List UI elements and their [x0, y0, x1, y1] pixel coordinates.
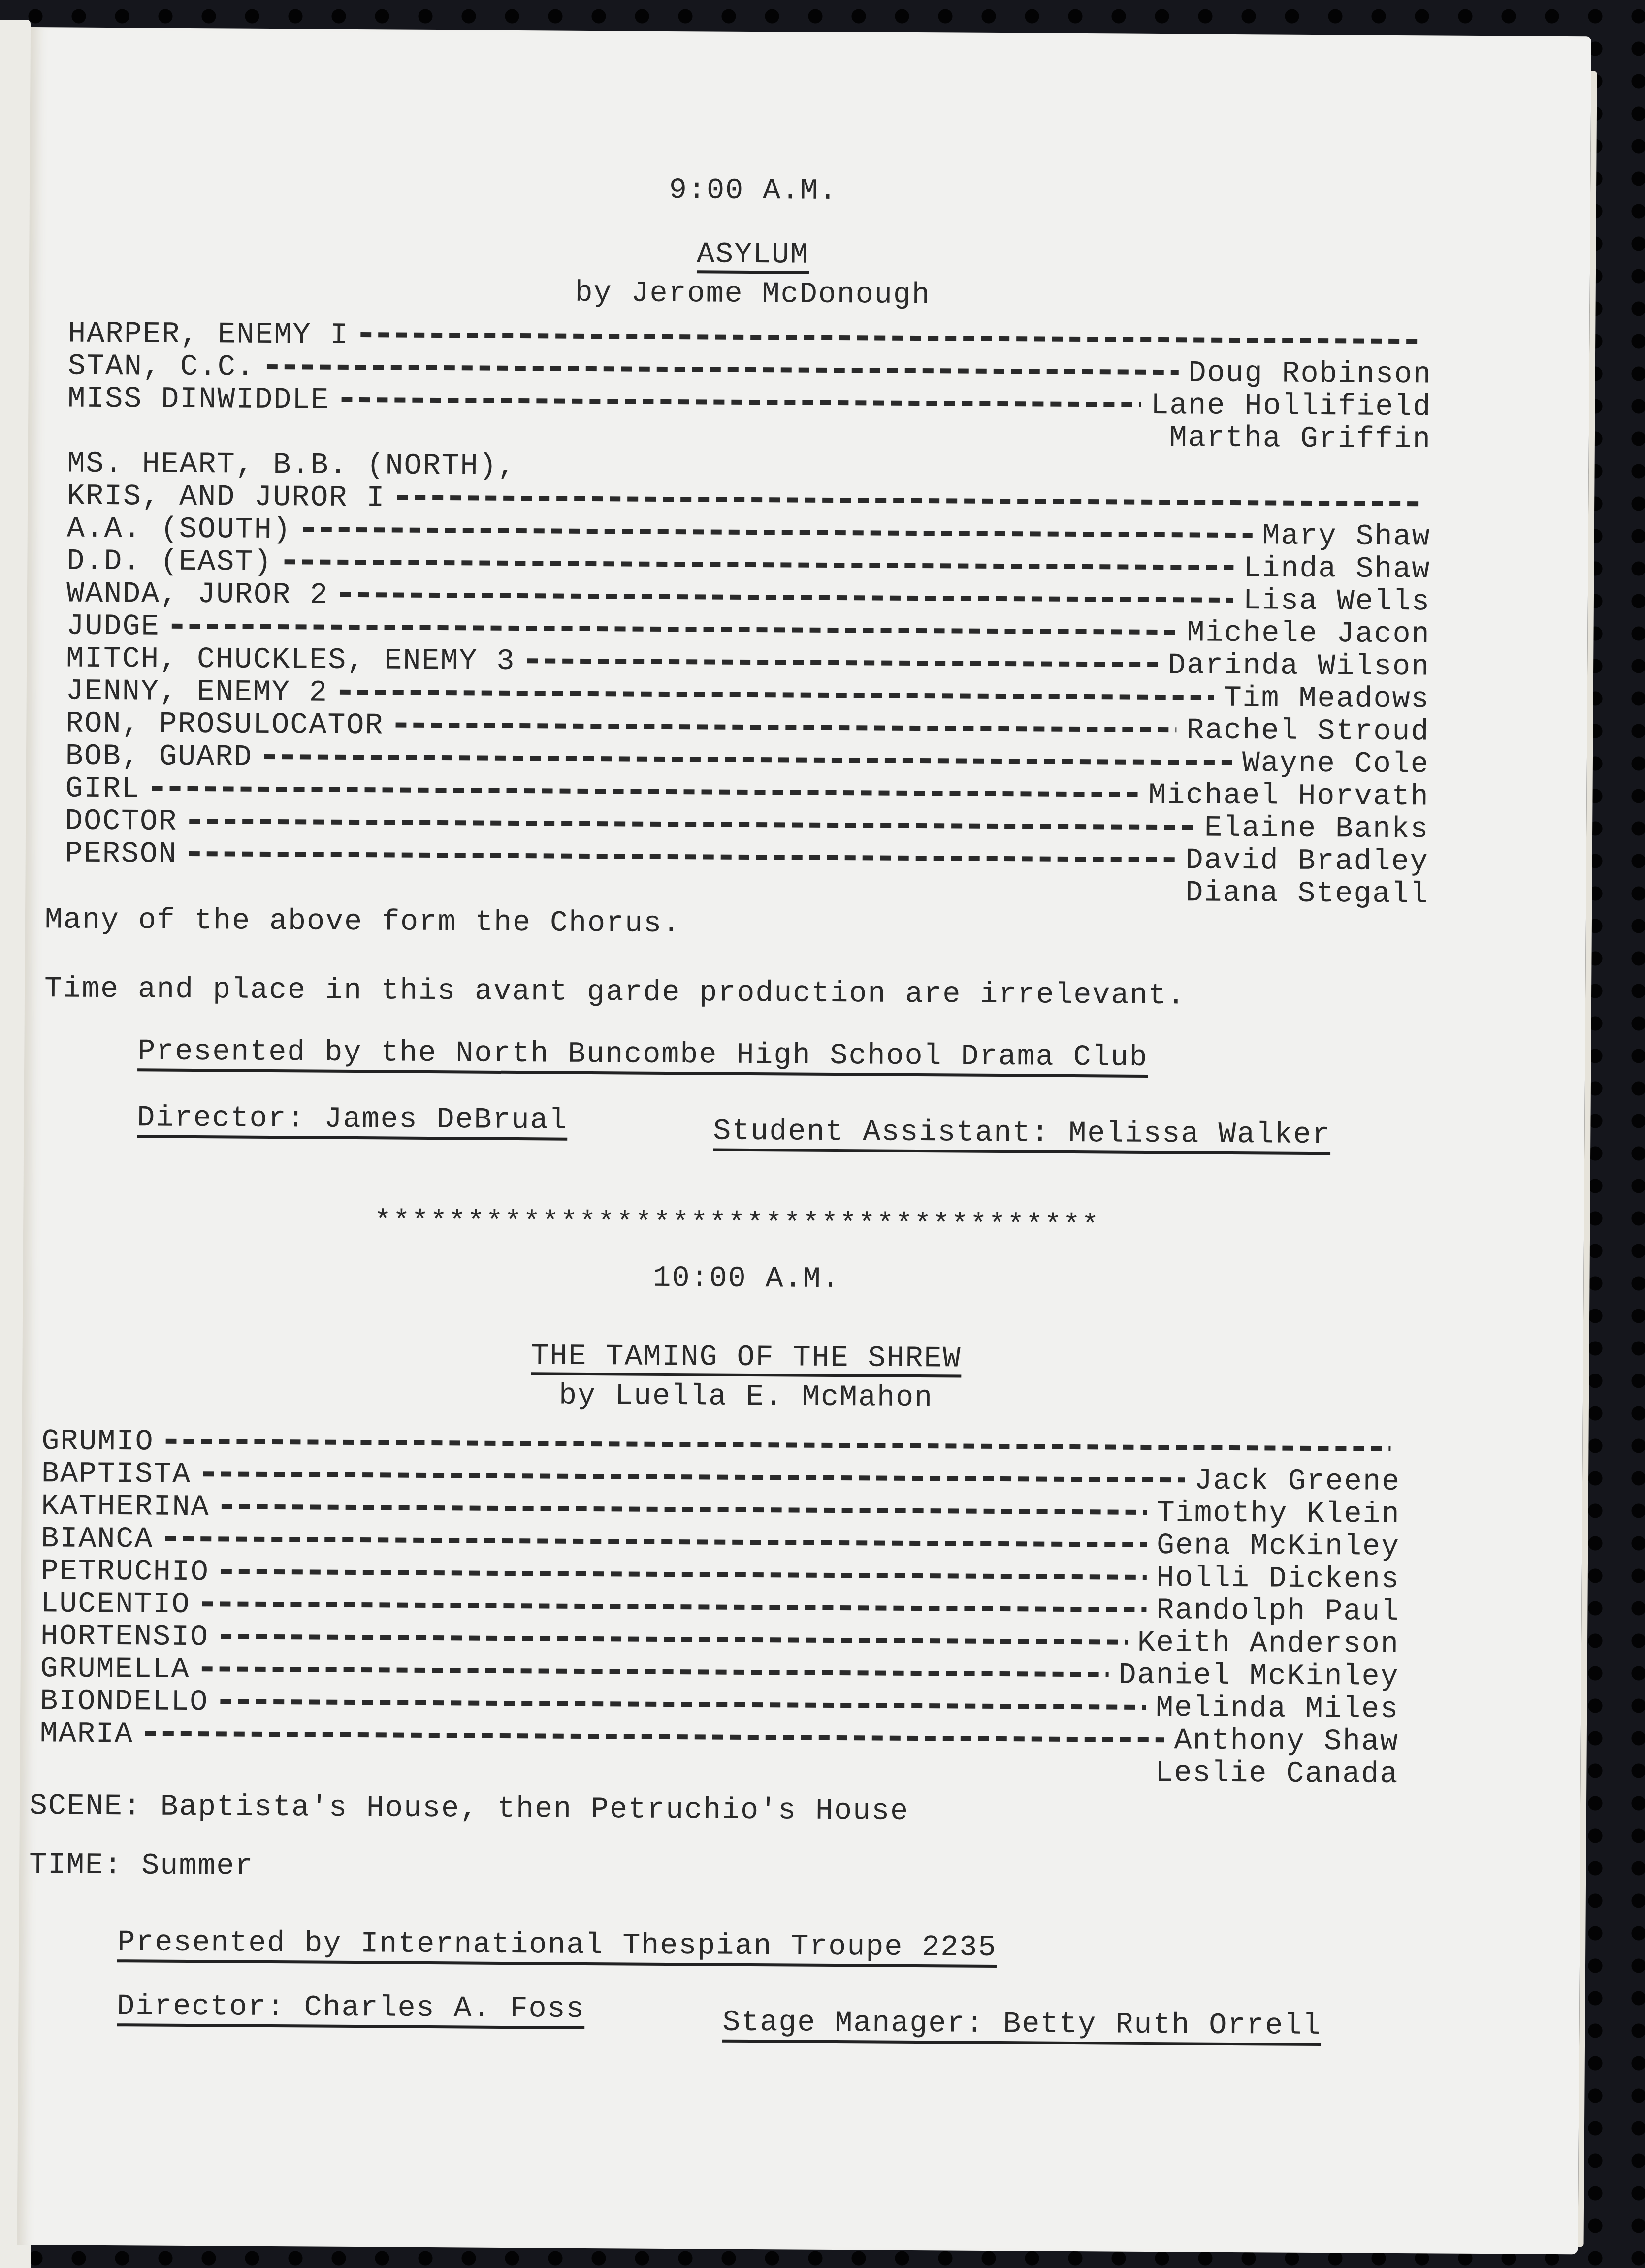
- actor-name: Mary Shaw: [1252, 520, 1430, 553]
- dash-leader: [203, 1471, 1185, 1482]
- cast-row: Leslie Canada: [39, 1750, 1398, 1791]
- actor-name: Rachel Stroud: [1176, 714, 1429, 748]
- character-role: MARIA: [40, 1718, 145, 1751]
- character-role: JENNY, ENEMY 2: [66, 675, 340, 709]
- dash-leader: [172, 624, 1177, 635]
- play-1-note-time-place: Time and place in this avant garde produ…: [44, 972, 1186, 1013]
- dash-leader: [152, 786, 1139, 797]
- dash-leader: [341, 397, 1141, 407]
- character-role: HORTENSIO: [40, 1620, 221, 1654]
- dash-leader: [165, 1536, 1147, 1547]
- actor-name: Doug Robinson: [1178, 357, 1431, 391]
- actor-name: Randolph Paul: [1146, 1595, 1399, 1629]
- program-page: 9:00 A.M. ASYLUM by Jerome McDonough HAR…: [17, 27, 1591, 2254]
- actor-name: Melinda Miles: [1146, 1692, 1399, 1726]
- character-role: MISS DINWIDDLE: [67, 383, 341, 416]
- character-role: DOCTOR: [65, 805, 189, 838]
- play-1-author: by Jerome McDonough: [49, 273, 1457, 315]
- dash-leader: [202, 1666, 1109, 1677]
- actor-name: Lane Hollifield: [1141, 389, 1431, 424]
- dash-leader: [303, 527, 1253, 538]
- character-role: KATHERINA: [41, 1490, 221, 1524]
- character-role: GIRL: [65, 772, 152, 805]
- character-role: BAPTISTA: [41, 1458, 203, 1491]
- character-role: BIONDELLO: [40, 1685, 220, 1719]
- play-2-presented-by: Presented by International Thespian Trou…: [117, 1928, 997, 1968]
- section-separator: ***************************************: [33, 1204, 1441, 1244]
- dash-leader: [165, 1439, 1390, 1451]
- dash-leader: [340, 592, 1233, 603]
- actor-name: Michael Horvath: [1138, 779, 1429, 814]
- character-role: STAN, C.C.: [68, 350, 267, 383]
- dash-leader: [264, 754, 1232, 765]
- actor-name: Michele Jacon: [1177, 617, 1430, 651]
- dash-leader: [340, 690, 1214, 700]
- dash-leader: [284, 559, 1233, 570]
- play-2-time: 10:00 A.M.: [42, 1258, 1451, 1300]
- character-role: MS. HEART, B.B. (NORTH),: [67, 447, 528, 483]
- dash-leader: [202, 1601, 1146, 1612]
- play-1-director: Director: James DeBrual: [137, 1103, 568, 1140]
- character-role: MITCH, CHUCKLES, ENEMY 3: [66, 642, 527, 678]
- play-2-time-note: TIME: Summer: [29, 1849, 254, 1884]
- actor-name: Holli Dickens: [1147, 1562, 1400, 1596]
- character-role: BIANCA: [41, 1523, 165, 1556]
- play-1-cast-list: HARPER, ENEMY ISTAN, C.C.Doug RobinsonMI…: [65, 318, 1432, 911]
- play-2-title: THE TAMING OF THE SHREW: [42, 1337, 1450, 1380]
- dash-leader: [397, 495, 1421, 507]
- dash-leader: [145, 1731, 1164, 1742]
- actor-name: Tim Meadows: [1214, 682, 1429, 716]
- character-role: GRUMELLA: [40, 1653, 201, 1686]
- character-role: GRUMIO: [41, 1425, 165, 1459]
- dash-leader: [267, 364, 1179, 375]
- actor-name: Anthony Shaw: [1164, 1725, 1398, 1758]
- dash-leader: [360, 332, 1422, 344]
- character-role: HARPER, ENEMY I: [68, 318, 360, 352]
- actor-name: Keith Anderson: [1128, 1627, 1399, 1661]
- play-1-note-chorus: Many of the above form the Chorus.: [45, 903, 681, 941]
- dash-leader: [395, 723, 1176, 733]
- actor-name: Diana Stegall: [1175, 877, 1428, 911]
- dash-leader: [221, 1634, 1128, 1644]
- actor-name: Darinda Wilson: [1158, 649, 1430, 683]
- actor-name: Lisa Wells: [1233, 585, 1430, 618]
- play-2-director: Director: Charles A. Foss: [117, 1992, 585, 2029]
- character-role: LUCENTIO: [40, 1588, 202, 1621]
- character-role: PETRUCHIO: [41, 1555, 221, 1589]
- dash-leader: [189, 851, 1176, 862]
- actor-name: Gena McKinley: [1147, 1530, 1400, 1564]
- actor-name: Jack Greene: [1185, 1465, 1400, 1499]
- actor-name: Martha Griffin: [1160, 422, 1431, 456]
- play-2-stage-manager: Stage Manager: Betty Ruth Orrell: [722, 2008, 1322, 2046]
- actor-name: David Bradley: [1175, 844, 1428, 878]
- play-1-title: ASYLUM: [49, 234, 1457, 278]
- play-2-scene: SCENE: Baptista's House, then Petruchio'…: [30, 1789, 909, 1828]
- dash-leader: [220, 1699, 1146, 1709]
- play-1-student-assistant: Student Assistant: Melissa Walker: [713, 1117, 1331, 1155]
- dash-leader: [527, 658, 1158, 667]
- dash-leader: [221, 1569, 1147, 1579]
- page-edge: [1578, 71, 1597, 2247]
- play-2-cast-list: GRUMIOBAPTISTAJack GreeneKATHERINATimoth…: [39, 1425, 1400, 1791]
- page-content: 9:00 A.M. ASYLUM by Jerome McDonough HAR…: [50, 27, 1458, 35]
- play-1-presented-by: Presented by the North Buncombe High Sch…: [137, 1037, 1148, 1078]
- character-role: KRIS, AND JUROR I: [67, 480, 397, 514]
- actor-name: Linda Shaw: [1233, 552, 1430, 586]
- character-role: JUDGE: [66, 610, 171, 643]
- character-role: A.A. (SOUTH): [67, 512, 303, 546]
- actor-name: Daniel McKinley: [1108, 1659, 1399, 1693]
- actor-name: Timothy Klein: [1147, 1497, 1400, 1531]
- actor-name: Elaine Banks: [1194, 812, 1429, 846]
- dash-leader: [189, 819, 1194, 830]
- play-2-author: by Luella E. McMahon: [42, 1376, 1450, 1418]
- character-role: BOB, GUARD: [65, 740, 264, 773]
- character-role: RON, PROSULOCATOR: [65, 707, 396, 742]
- dash-leader: [222, 1504, 1147, 1514]
- actor-name: Leslie Canada: [1145, 1757, 1398, 1791]
- actor-name: Wayne Cole: [1232, 747, 1429, 781]
- play-1-time: 9:00 A.M.: [49, 170, 1457, 212]
- character-role: PERSON: [65, 837, 189, 871]
- character-role: D.D. (EAST): [66, 545, 284, 579]
- character-role: WANDA, JUROR 2: [66, 577, 340, 611]
